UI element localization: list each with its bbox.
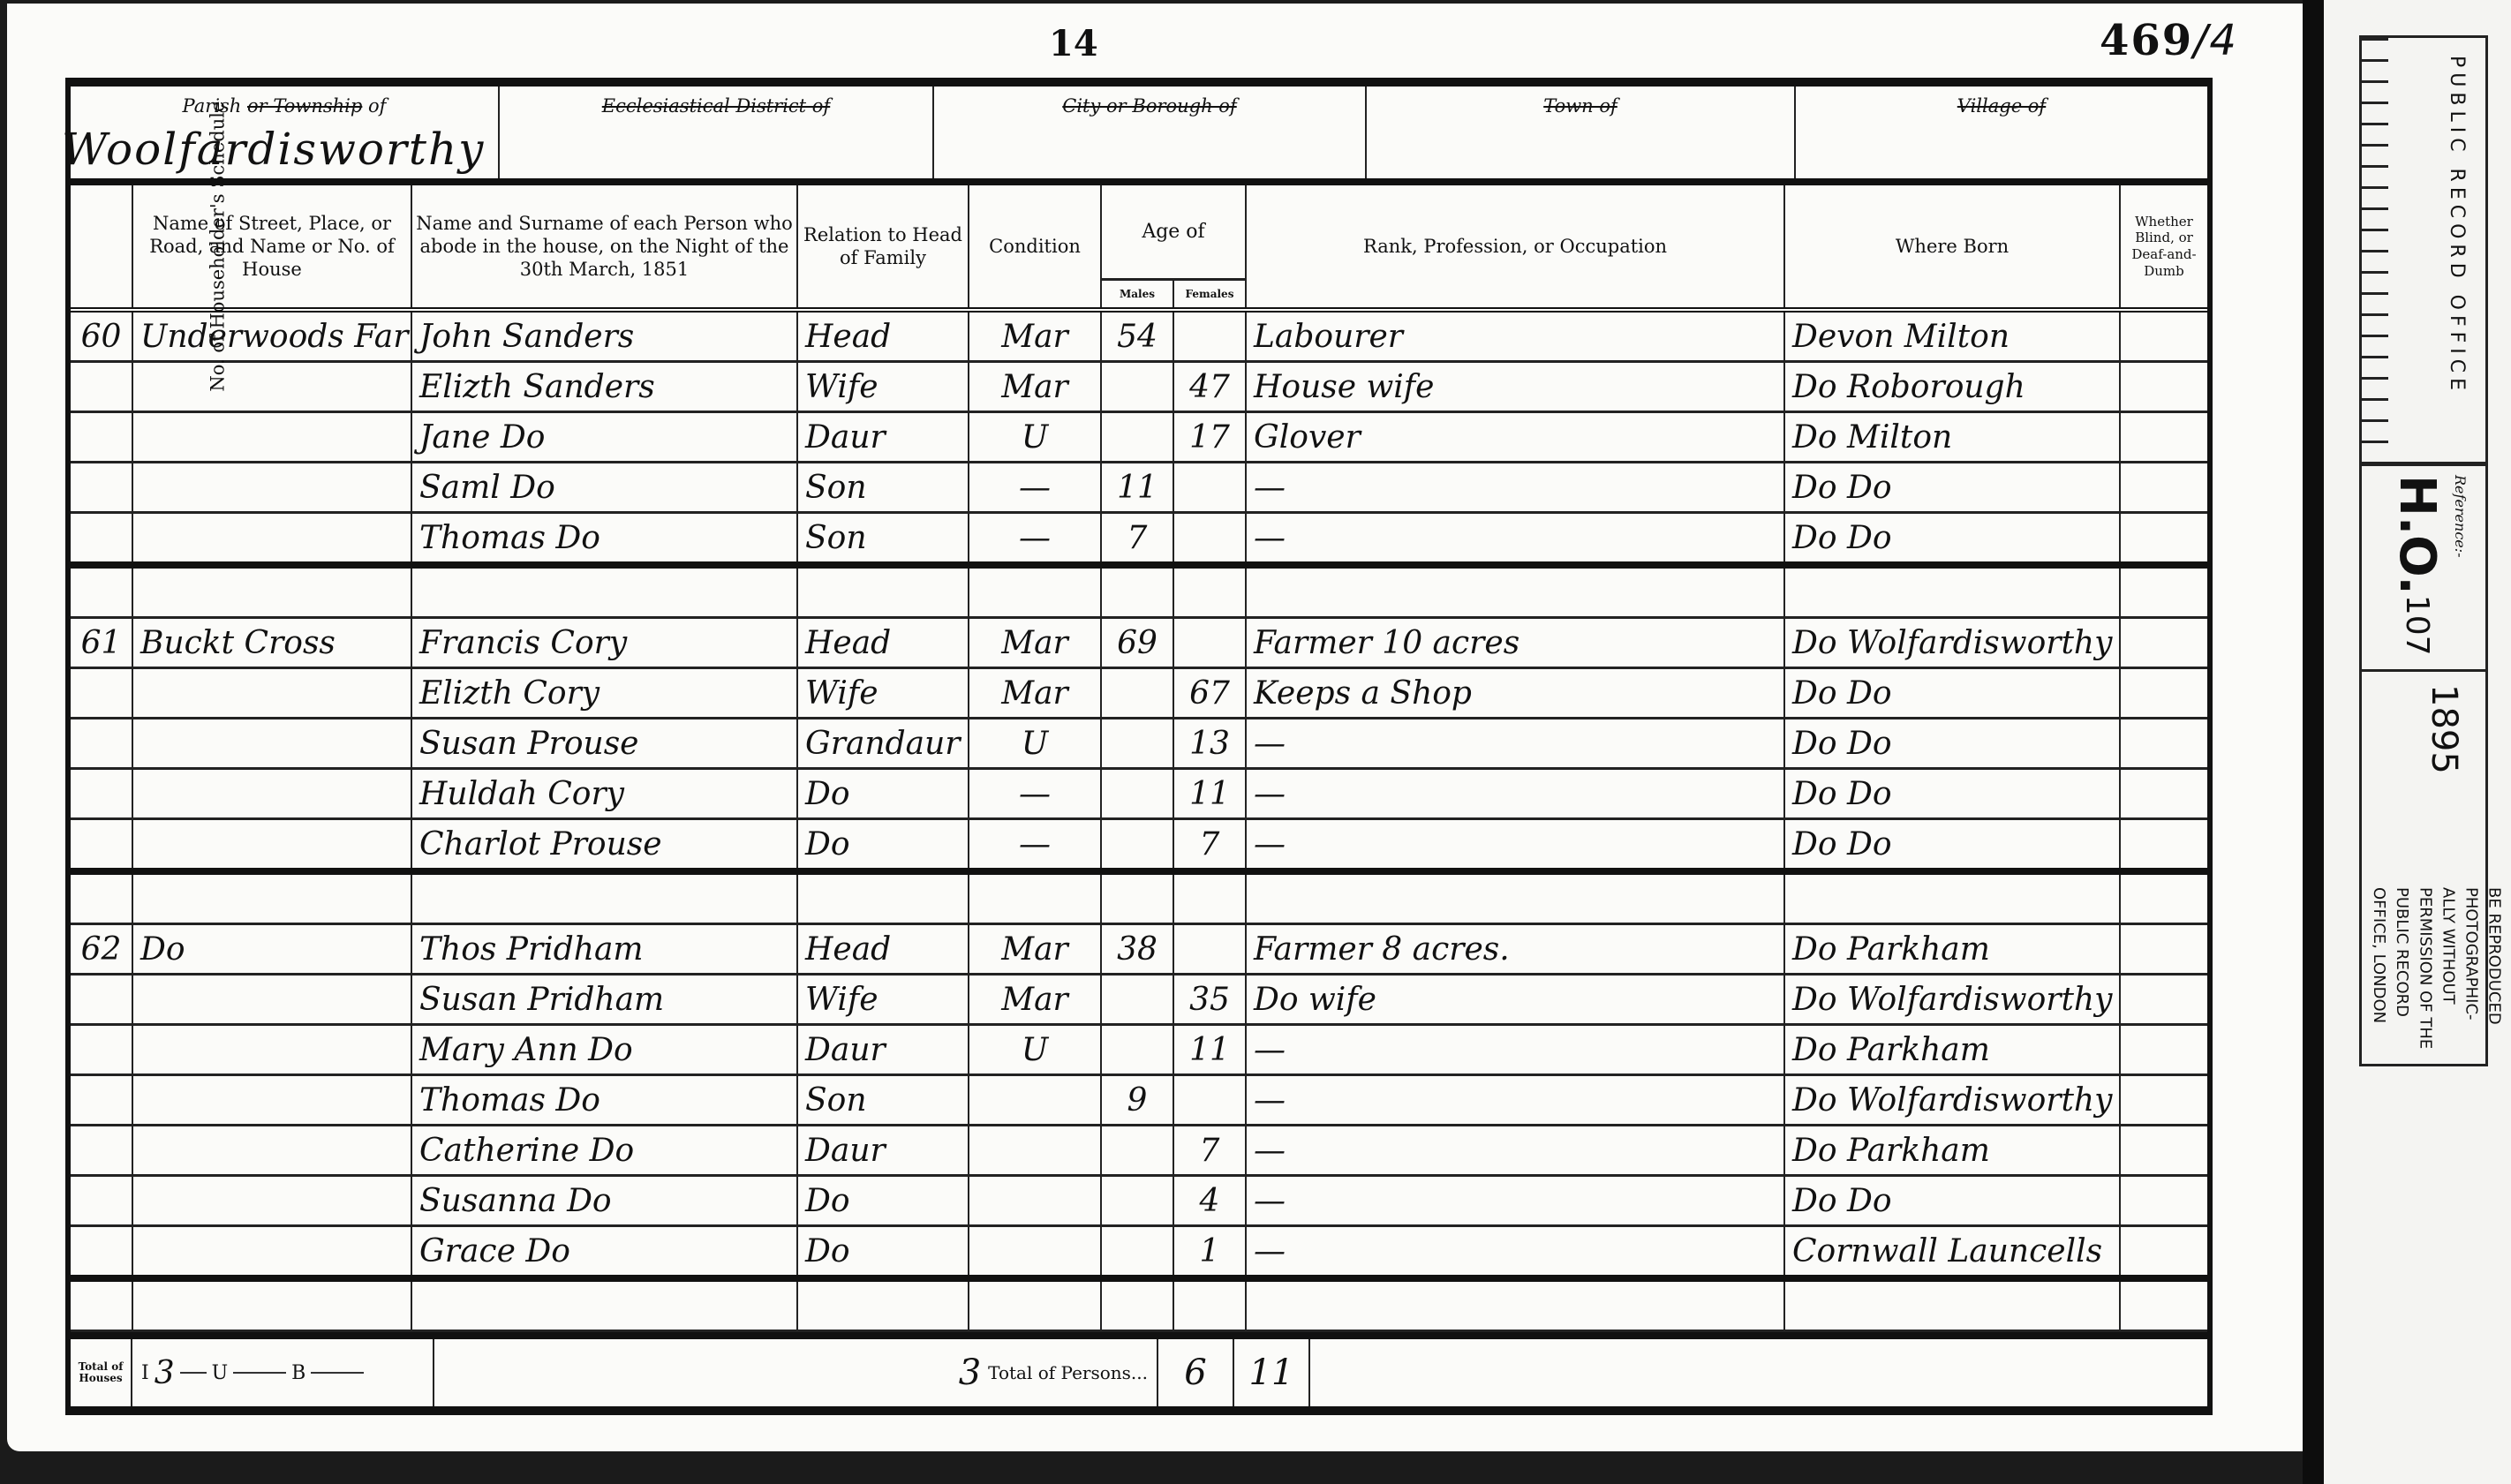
inhabited-value: 3 [155,1355,175,1391]
total-persons: 3 Total of Persons... [434,1339,1158,1406]
condition-cell [969,1126,1101,1176]
age-males-cell [1101,412,1173,463]
age-females-cell [1173,1075,1246,1126]
age-females-cell [1173,463,1246,513]
copyright-line-1: COPYRIGHT PHOTOGRAPH—NOT TO [2506,887,2511,1064]
street-cell [132,1075,411,1126]
name-cell: Mary Ann Do [411,1025,797,1075]
total-houses: I 3 U B [132,1339,434,1406]
occupation-cell: Keeps a Shop [1246,668,1784,719]
relation-cell: Wife [797,668,969,719]
schedule-cell [71,1025,132,1075]
col-relation: Relation to Head of Family [797,185,969,310]
age-males-cell: 38 [1101,924,1173,975]
village-cell: Village of [1796,87,2207,178]
relation-cell: Daur [797,1126,969,1176]
name-cell: Thos Pridham [411,924,797,975]
census-form: Parish or Township of Woolfardisworthy E… [65,78,2213,1415]
where-born-cell: Do Do [1784,819,2120,872]
relation-cell: Head [797,310,969,362]
reference-code: H.O.107 [2388,475,2446,656]
relation-cell [797,565,969,618]
blind-cell [2120,513,2207,566]
folio-main: 469 [2100,16,2193,65]
where-born-cell [1784,871,2120,924]
occupation-cell: — [1246,463,1784,513]
occupation-cell: Farmer 8 acres. [1246,924,1784,975]
blind-cell [2120,668,2207,719]
schedule-cell [71,1226,132,1279]
occupation-cell [1246,565,1784,618]
occupation-cell: — [1246,1075,1784,1126]
col-where-born: Where Born [1784,185,2120,310]
schedule-cell: 60 [71,310,132,362]
condition-cell: U [969,719,1101,769]
condition-cell: U [969,1025,1101,1075]
street-cell [132,463,411,513]
street-cell [132,1025,411,1075]
condition-cell: — [969,463,1101,513]
age-males-cell [1101,362,1173,412]
relation-cell: Son [797,463,969,513]
condition-cell: Mar [969,362,1101,412]
age-females-cell [1173,871,1246,924]
blind-cell [2120,1126,2207,1176]
table-row: 62DoThos PridhamHeadMar38Farmer 8 acres.… [71,924,2207,975]
ecclesiastical-label: Ecclesiastical District of [500,87,932,117]
schedule-cell [71,1126,132,1176]
uninhabited-prefix: U [212,1362,229,1384]
table-row: Jane DoDaurU17GloverDo Milton [71,412,2207,463]
age-males-cell: 11 [1101,463,1173,513]
schedule-cell [71,1075,132,1126]
condition-cell [969,1278,1101,1331]
name-cell: John Sanders [411,310,797,362]
blind-cell [2120,310,2207,362]
table-row: Thomas DoSon—7—Do Do [71,513,2207,566]
occupation-cell: — [1246,769,1784,819]
occupation-cell: — [1246,719,1784,769]
reference-code-prefix: H.O. [2388,475,2446,595]
age-females-label: Females [1174,281,1245,307]
schedule-cell [71,819,132,872]
town-cell: Town of [1367,87,1796,178]
schedule-cell [71,362,132,412]
ruler-text: PUBLIC RECORD OFFICE [2446,56,2468,395]
blind-cell [2120,819,2207,872]
col-condition: Condition [969,185,1101,310]
name-cell: Susanna Do [411,1176,797,1226]
total-males: 6 [1158,1339,1234,1406]
name-cell: Jane Do [411,412,797,463]
schedule-cell [71,513,132,566]
street-cell [132,565,411,618]
reference-caption: Reference:- [2452,475,2469,558]
relation-cell: Daur [797,1025,969,1075]
where-born-cell: Do Do [1784,719,2120,769]
street-cell [132,1278,411,1331]
blind-cell [2120,924,2207,975]
table-row: Mary Ann DoDaurU11—Do Parkham [71,1025,2207,1075]
name-cell: Saml Do [411,463,797,513]
age-males-cell: 9 [1101,1075,1173,1126]
col-age: Age of Males Females [1101,185,1246,310]
relation-cell: Do [797,1226,969,1279]
parish-cell: Parish or Township of Woolfardisworthy [71,87,500,178]
blind-cell [2120,463,2207,513]
col-street: Name of Street, Place, or Road, and Name… [132,185,411,310]
relation-cell: Son [797,513,969,566]
binding-edge [2303,0,2324,1484]
town-label: Town of [1367,87,1794,117]
relation-cell: Wife [797,975,969,1025]
where-born-cell: Do Do [1784,463,2120,513]
schedule-cell [71,719,132,769]
age-females-cell [1173,310,1246,362]
where-born-cell: Do Wolfardisworthy [1784,975,2120,1025]
table-row: Susanna DoDo4—Do Do [71,1176,2207,1226]
age-females-cell: 67 [1173,668,1246,719]
where-born-cell [1784,1278,2120,1331]
condition-cell: — [969,513,1101,566]
age-males-cell [1101,1278,1173,1331]
schedule-cell [71,463,132,513]
totals-row: Total of Houses I 3 U B 3 Total of Perso… [71,1332,2207,1415]
age-males-label: Males [1102,281,1174,307]
name-cell [411,1278,797,1331]
age-females-cell: 11 [1173,1025,1246,1075]
blind-cell [2120,1226,2207,1279]
condition-cell: Mar [969,310,1101,362]
relation-cell [797,871,969,924]
age-males-cell [1101,668,1173,719]
page-number: 14 [1049,23,1098,64]
street-cell [132,819,411,872]
table-row [71,565,2207,618]
table-row: Thomas DoSon9—Do Wolfardisworthy [71,1075,2207,1126]
condition-cell [969,1075,1101,1126]
condition-cell [969,871,1101,924]
where-born-cell: Do Do [1784,668,2120,719]
occupation-cell: Glover [1246,412,1784,463]
total-females: 11 [1234,1339,1310,1406]
column-header-row: No. of Householder's Schedule Name of St… [71,185,2207,310]
building-prefix: B [291,1362,305,1384]
schedule-cell [71,412,132,463]
name-cell: Thomas Do [411,1075,797,1126]
name-cell [411,871,797,924]
occupation-cell: — [1246,1025,1784,1075]
inhabited-prefix: I [141,1362,149,1384]
name-cell: Elizth Sanders [411,362,797,412]
age-males-cell [1101,565,1173,618]
occupation-cell [1246,1278,1784,1331]
blind-cell [2120,1278,2207,1331]
condition-cell: — [969,819,1101,872]
col-schedule-label: No. of Householder's Schedule [206,101,229,391]
name-cell: Catherine Do [411,1126,797,1176]
occupation-cell: — [1246,513,1784,566]
street-cell: Buckt Cross [132,618,411,668]
age-sub-labels: Males Females [1102,281,1245,307]
street-cell [132,668,411,719]
name-cell: Grace Do [411,1226,797,1279]
name-cell [411,565,797,618]
village-label: Village of [1796,87,2207,117]
age-females-cell [1173,924,1246,975]
age-females-cell: 1 [1173,1226,1246,1279]
name-cell: Elizth Cory [411,668,797,719]
total-persons-label: Total of Persons... [988,1362,1148,1383]
where-born-cell: Do Milton [1784,412,2120,463]
relation-cell: Do [797,769,969,819]
relation-cell: Daur [797,412,969,463]
street-cell [132,1226,411,1279]
parish-label: Parish or Township of [71,87,498,117]
total-houses-label: Total of Houses [71,1339,132,1406]
relation-cell: Do [797,819,969,872]
age-males-cell [1101,1176,1173,1226]
scale-ruler: PUBLIC RECORD OFFICE [2359,35,2488,464]
street-cell [132,412,411,463]
blind-cell [2120,1075,2207,1126]
blind-cell [2120,871,2207,924]
condition-cell [969,1226,1101,1279]
table-row: 61Buckt CrossFrancis CoryHeadMar69Farmer… [71,618,2207,668]
condition-cell: — [969,769,1101,819]
inhabited-blank [180,1372,207,1374]
blind-cell [2120,975,2207,1025]
age-males-cell [1101,719,1173,769]
occupation-cell: Farmer 10 acres [1246,618,1784,668]
schedule-cell [71,1176,132,1226]
age-males-cell [1101,1126,1173,1176]
reference-class: 107 [2399,595,2435,656]
totals-blank [1310,1339,2207,1406]
age-females-cell [1173,513,1246,566]
table-row: Susan PridhamWifeMar35Do wifeDo Wolfardi… [71,975,2207,1025]
census-rows: 60Underwoods FarmJohn SandersHeadMar54La… [71,310,2207,1331]
copyright-line-4: PUBLIC RECORD OFFICE, LONDON [2367,887,2413,1064]
street-cell: Do [132,924,411,975]
occupation-cell: — [1246,819,1784,872]
age-males-cell [1101,1226,1173,1279]
age-males-cell: 69 [1101,618,1173,668]
col-name: Name and Surname of each Person who abod… [411,185,797,310]
age-label: Age of [1102,185,1245,281]
folio-number: 469/4 [2100,16,2238,65]
street-cell [132,1126,411,1176]
age-females-cell: 47 [1173,362,1246,412]
building-blank [311,1372,364,1374]
occupation-cell: — [1246,1126,1784,1176]
age-males-cell [1101,769,1173,819]
where-born-cell: Do Do [1784,769,2120,819]
name-cell: Francis Cory [411,618,797,668]
blind-cell [2120,412,2207,463]
condition-cell [969,565,1101,618]
city-label: City or Borough of [934,87,1365,117]
age-females-cell: 35 [1173,975,1246,1025]
occupation-cell [1246,871,1784,924]
relation-cell: Head [797,618,969,668]
relation-cell: Grandaur [797,719,969,769]
table-row: 60Underwoods FarmJohn SandersHeadMar54La… [71,310,2207,362]
age-males-cell: 54 [1101,310,1173,362]
street-cell [132,362,411,412]
reference-piece: 1895 [2424,684,2464,774]
copyright-line-3: ALLY WITHOUT PERMISSION OF THE [2413,887,2459,1064]
street-cell: Underwoods Farm [132,310,411,362]
where-born-cell: Do Parkham [1784,1126,2120,1176]
condition-cell: U [969,412,1101,463]
where-born-cell: Devon Milton [1784,310,2120,362]
condition-cell: Mar [969,618,1101,668]
blind-cell [2120,719,2207,769]
street-cell [132,769,411,819]
age-males-cell [1101,1025,1173,1075]
schedule-cell [71,871,132,924]
blind-cell [2120,565,2207,618]
condition-cell: Mar [969,975,1101,1025]
table-row [71,871,2207,924]
blind-cell [2120,1025,2207,1075]
copyright-box: 1895 COPYRIGHT PHOTOGRAPH—NOT TO BE REPR… [2359,667,2488,1066]
age-males-cell: 7 [1101,513,1173,566]
schedule-cell: 62 [71,924,132,975]
where-born-cell: Do Do [1784,513,2120,566]
condition-cell: Mar [969,668,1101,719]
age-females-cell: 17 [1173,412,1246,463]
where-born-cell: Do Parkham [1784,1025,2120,1075]
where-born-cell: Do Roborough [1784,362,2120,412]
age-females-cell: 13 [1173,719,1246,769]
blind-cell [2120,362,2207,412]
where-born-cell: Do Wolfardisworthy [1784,618,2120,668]
reference-box: Reference:- H.O.107 [2359,463,2488,672]
table-row: Elizth CoryWifeMar67Keeps a ShopDo Do [71,668,2207,719]
col-schedule: No. of Householder's Schedule [71,185,132,310]
blind-cell [2120,769,2207,819]
street-cell [132,719,411,769]
copyright-line-2: BE REPRODUCED PHOTOGRAPHIC- [2459,887,2505,1064]
col-blind: Whether Blind, or Deaf-and-Dumb [2120,185,2207,310]
condition-cell: Mar [969,924,1101,975]
name-cell: Huldah Cory [411,769,797,819]
parish-label-struck: or Township [247,95,362,117]
schedule-cell [71,769,132,819]
table-row: Grace DoDo1—Cornwall Launcells [71,1226,2207,1279]
table-row: Charlot ProuseDo—7—Do Do [71,819,2207,872]
street-cell [132,871,411,924]
table-row [71,1278,2207,1331]
age-males-cell [1101,819,1173,872]
age-females-cell: 7 [1173,1126,1246,1176]
table-row: Catherine DoDaur7—Do Parkham [71,1126,2207,1176]
parish-label-post: of [368,95,386,117]
street-cell [132,975,411,1025]
name-cell: Charlot Prouse [411,819,797,872]
age-females-cell [1173,565,1246,618]
age-females-cell: 7 [1173,819,1246,872]
name-cell: Susan Prouse [411,719,797,769]
age-males-cell [1101,975,1173,1025]
relation-cell [797,1278,969,1331]
schedule-cell [71,668,132,719]
table-row: Susan ProuseGrandaurU13—Do Do [71,719,2207,769]
age-females-cell: 4 [1173,1176,1246,1226]
copyright-text: COPYRIGHT PHOTOGRAPH—NOT TO BE REPRODUCE… [2367,887,2511,1064]
uninhabited-blank [233,1372,286,1374]
ecclesiastical-cell: Ecclesiastical District of [500,87,934,178]
occupation-cell: — [1246,1176,1784,1226]
folio-suffix: 4 [2209,16,2238,65]
street-cell [132,1176,411,1226]
folio-separator: / [2193,16,2209,65]
name-cell: Susan Pridham [411,975,797,1025]
table-row: Saml DoSon—11—Do Do [71,463,2207,513]
where-born-cell: Do Do [1784,1176,2120,1226]
col-occupation: Rank, Profession, or Occupation [1246,185,1784,310]
condition-cell [969,1176,1101,1226]
parish-value: Woolfardisworthy [62,124,485,175]
table-row: Elizth SandersWifeMar47House wifeDo Robo… [71,362,2207,412]
age-males-cell [1101,871,1173,924]
schedule-cell [71,565,132,618]
name-cell: Thomas Do [411,513,797,566]
occupation-cell: Labourer [1246,310,1784,362]
age-females-cell [1173,618,1246,668]
census-table: No. of Householder's Schedule Name of St… [71,185,2207,1332]
relation-cell: Do [797,1176,969,1226]
ruler-ticks [2362,38,2388,462]
schedule-cell: 61 [71,618,132,668]
blind-cell [2120,618,2207,668]
table-row: Huldah CoryDo—11—Do Do [71,769,2207,819]
where-born-cell [1784,565,2120,618]
occupation-cell: — [1246,1226,1784,1279]
where-born-cell: Do Wolfardisworthy [1784,1075,2120,1126]
locality-header: Parish or Township of Woolfardisworthy E… [71,78,2207,185]
schedule-cell [71,1278,132,1331]
relation-cell: Wife [797,362,969,412]
census-page: 14 469/4 Parish or Township of Woolfardi… [7,4,2303,1451]
relation-cell: Head [797,924,969,975]
where-born-cell: Do Parkham [1784,924,2120,975]
schedule-cell [71,975,132,1025]
age-females-cell: 11 [1173,769,1246,819]
where-born-cell: Cornwall Launcells [1784,1226,2120,1279]
street-cell [132,513,411,566]
city-cell: City or Borough of [934,87,1367,178]
occupation-cell: Do wife [1246,975,1784,1025]
age-header: Age of Males Females [1102,185,1245,307]
archive-label: PUBLIC RECORD OFFICE Reference:- H.O.107… [2324,0,2511,1484]
age-females-cell [1173,1278,1246,1331]
blind-cell [2120,1176,2207,1226]
schedules-total: 3 [959,1352,981,1393]
relation-cell: Son [797,1075,969,1126]
occupation-cell: House wife [1246,362,1784,412]
